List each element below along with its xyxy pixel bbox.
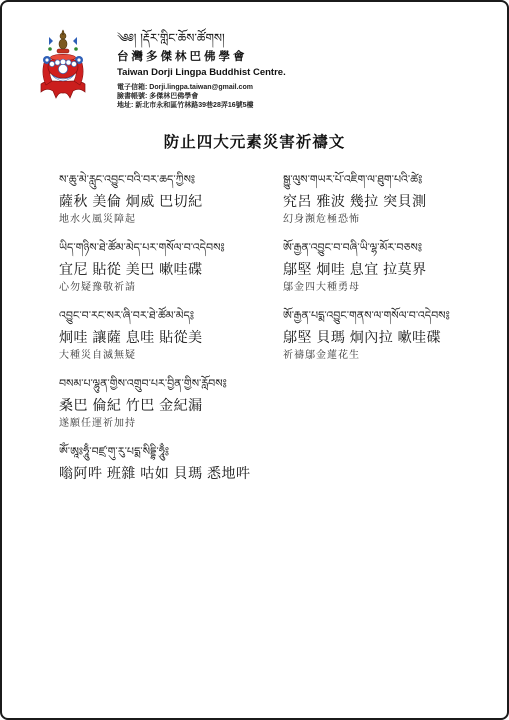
- verse-transliteration: 宜尼 貼從 美巴 嗽哇碟: [59, 259, 274, 280]
- org-contact-info: 電子信箱: Dorji.lingpa.taiwan@gmail.com 臉書帳號…: [117, 83, 286, 110]
- contact-address: 地址: 新北市永和區竹林路39巷28弄16號5樓: [117, 101, 286, 110]
- verse-transliteration: 薩秋 美倫 炯威 巴切紀: [59, 191, 274, 212]
- verse-tibetan: ཡིད་གཉིས་ཐེ་ཚོམ་མེད་པར་གསོལ་བ་འདེབས༔: [59, 240, 274, 256]
- verse-column-left: ས་ཆུ་མེ་རླུང་འབྱུང་བའི་བར་ཆད་ཀྱིས༔ 薩秋 美倫…: [59, 172, 274, 498]
- verse-block: ས་ཆུ་མེ་རླུང་འབྱུང་བའི་བར་ཆད་ཀྱིས༔ 薩秋 美倫…: [59, 172, 274, 226]
- verse-translation: 大種災自滅無疑: [59, 349, 274, 362]
- org-name-english: Taiwan Dorji Lingpa Buddhist Centre.: [117, 67, 286, 79]
- verse-tibetan: འབྱུང་བ་རང་སར་ཞི་བར་ཐེ་ཚོམ་མེད༔: [59, 308, 274, 324]
- contact-email: 電子信箱: Dorji.lingpa.taiwan@gmail.com: [117, 83, 286, 92]
- org-header: ༄༅། །རྡོར་གླིང་ཆོས་ཚོགས། 台灣多傑林巴佛學會 Taiwa…: [117, 28, 286, 110]
- verse-column-right: སྒྱུ་ལུས་གཡར་པོ་འཇིག་ལ་ཐུག་པའི་ཚེ༔ 究呂 雅波…: [283, 172, 498, 376]
- verse-tibetan: སྒྱུ་ལུས་གཡར་པོ་འཇིག་ལ་ཐུག་པའི་ཚེ༔: [283, 172, 498, 188]
- verse-tibetan: ས་ཆུ་མེ་རླུང་འབྱུང་བའི་བར་ཆད་ཀྱིས༔: [59, 172, 274, 188]
- verse-tibetan: ཨོ་རྒྱན་པདྨ་འབྱུང་གནས་ལ་གསོལ་བ་འདེབས༔: [283, 308, 498, 324]
- verse-block: སྒྱུ་ལུས་གཡར་པོ་འཇིག་ལ་ཐུག་པའི་ཚེ༔ 究呂 雅波…: [283, 172, 498, 226]
- verse-tibetan: བསམ་པ་ལྷུན་གྱིས་འགྲུབ་པར་བྱིན་གྱིས་རློབས…: [59, 376, 274, 392]
- verse-transliteration: 炯哇 讓薩 息哇 貼從美: [59, 327, 274, 348]
- verse-block: ཡིད་གཉིས་ཐེ་ཚོམ་མེད་པར་གསོལ་བ་འདེབས༔ 宜尼 …: [59, 240, 274, 294]
- verse-translation: 心勿疑豫敬祈請: [59, 281, 274, 294]
- mantra-tibetan: ཨོཾ་ཨཱཿཧཱུྃ་བཛྲ་གུ་རུ་པདྨ་སིདྡྷི་ཧཱུྃ༔: [59, 444, 274, 460]
- org-tibetan-name: ༄༅། །རྡོར་གླིང་ཆོས་ཚོགས།: [117, 28, 286, 48]
- mantra-block: ཨོཾ་ཨཱཿཧཱུྃ་བཛྲ་གུ་རུ་པདྨ་སིདྡྷི་ཧཱུྃ༔ 嗡…: [59, 444, 274, 484]
- verse-block: འབྱུང་བ་རང་སར་ཞི་བར་ཐེ་ཚོམ་མེད༔ 炯哇 讓薩 息哇…: [59, 308, 274, 362]
- verse-block: ཨོ་རྒྱན་འབྱུང་བ་བཞི་ཡི་ལྷ་མོར་བཅས༔ 鄔堅 炯哇…: [283, 240, 498, 294]
- verse-translation: 地水火風災障起: [59, 213, 274, 226]
- verse-translation: 幻身瀕危極恐怖: [283, 213, 498, 226]
- verse-tibetan: ཨོ་རྒྱན་འབྱུང་བ་བཞི་ཡི་ལྷ་མོར་བཅས༔: [283, 240, 498, 256]
- mantra-transliteration: 嗡阿吽 班雜 咕如 貝瑪 悉地吽: [59, 463, 274, 484]
- document-page: ༄༅། །རྡོར་གླིང་ཆོས་ཚོགས། 台灣多傑林巴佛學會 Taiwa…: [0, 0, 509, 720]
- verse-translation: 鄔金四大種勇母: [283, 281, 498, 294]
- verse-transliteration: 桑巴 倫紀 竹巴 金紀漏: [59, 395, 274, 416]
- org-name-chinese: 台灣多傑林巴佛學會: [117, 50, 286, 65]
- verse-translation: 遂願任運祈加持: [59, 417, 274, 430]
- page-title: 防止四大元素災害祈禱文: [2, 130, 507, 152]
- verse-translation: 祈禱鄔金蓮花生: [283, 349, 498, 362]
- buddhist-treasure-vase-emblem-icon: [40, 27, 86, 101]
- verse-block: བསམ་པ་ལྷུན་གྱིས་འགྲུབ་པར་བྱིན་གྱིས་རློབས…: [59, 376, 274, 430]
- verse-transliteration: 鄔堅 貝瑪 炯內拉 嗽哇碟: [283, 327, 498, 348]
- contact-facebook: 臉書帳號: 多傑林巴佛學會: [117, 92, 286, 101]
- verse-transliteration: 究呂 雅波 幾拉 突貝測: [283, 191, 498, 212]
- verse-block: ཨོ་རྒྱན་པདྨ་འབྱུང་གནས་ལ་གསོལ་བ་འདེབས༔ 鄔堅…: [283, 308, 498, 362]
- verse-transliteration: 鄔堅 炯哇 息宜 拉莫界: [283, 259, 498, 280]
